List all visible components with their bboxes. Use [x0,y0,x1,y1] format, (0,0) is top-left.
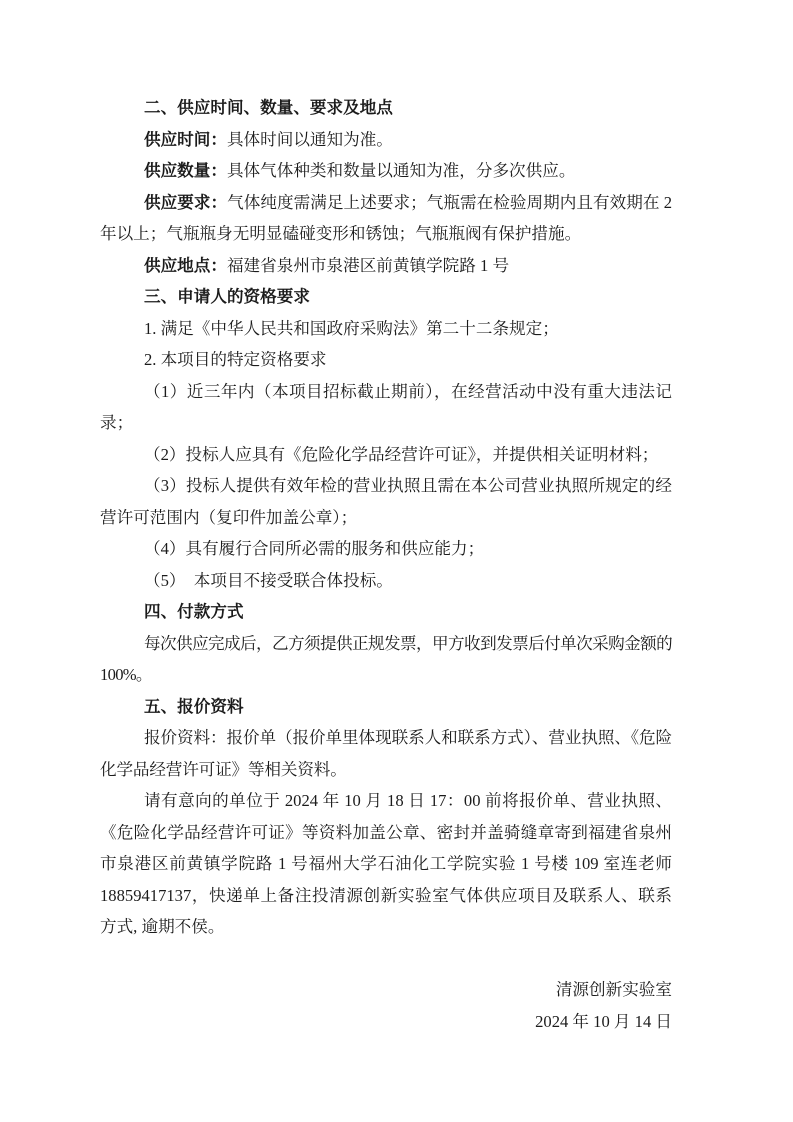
paragraph-payment-terms: 每次供应完成后，乙方须提供正规发票，甲方收到发票后付单次采购金额的 100%。 [100,628,672,691]
heading-qualification-section: 三、申请人的资格要求 [100,281,672,313]
qualification-subitem-4: （4）具有履行合同所必需的服务和供应能力； [100,533,672,565]
supply-quantity-text: 具体气体种类和数量以通知为准，分多次供应。 [227,161,575,180]
qualification-subitem-5: （5） 本项目不接受联合体投标。 [100,565,672,597]
supply-time-label: 供应时间： [144,130,227,149]
document-body: 二、供应时间、数量、要求及地点 供应时间：具体时间以通知为准。 供应数量：具体气… [0,0,793,1037]
qualification-subitem-3: （3）投标人提供有效年检的营业执照且需在本公司营业执照所规定的经营许可范围内（复… [100,470,672,533]
paragraph-supply-time: 供应时间：具体时间以通知为准。 [100,124,672,156]
paragraph-supply-location: 供应地点：福建省泉州市泉港区前黄镇学院路 1 号 [100,250,672,282]
supply-time-text: 具体时间以通知为准。 [227,130,393,149]
qualification-subitem-2: （2）投标人应具有《危险化学品经营许可证》，并提供相关证明材料； [100,439,672,471]
supply-location-text: 福建省泉州市泉港区前黄镇学院路 1 号 [227,256,509,275]
blank-line [100,943,672,975]
supply-quantity-label: 供应数量： [144,161,227,180]
signature-date: 2024 年 10 月 14 日 [100,1006,672,1038]
heading-quotation-section: 五、报价资料 [100,691,672,723]
supply-location-label: 供应地点： [144,256,227,275]
heading-supply-section: 二、供应时间、数量、要求及地点 [100,92,672,124]
document-page: 二、供应时间、数量、要求及地点 供应时间：具体时间以通知为准。 供应数量：具体气… [0,0,793,1122]
paragraph-submission-instructions: 请有意向的单位于 2024 年 10 月 18 日 17：00 前将报价单、营业… [100,785,672,943]
qualification-subitem-1: （1）近三年内（本项目招标截止期前），在经营活动中没有重大违法记录； [100,376,672,439]
paragraph-quotation-materials: 报价资料：报价单（报价单里体现联系人和联系方式）、营业执照、《危险化学品经营许可… [100,722,672,785]
supply-requirements-label: 供应要求： [144,193,227,212]
paragraph-supply-quantity: 供应数量：具体气体种类和数量以通知为准，分多次供应。 [100,155,672,187]
qualification-item-1: 1. 满足《中华人民共和国政府采购法》第二十二条规定； [100,313,672,345]
qualification-item-2: 2. 本项目的特定资格要求 [100,344,672,376]
heading-payment-section: 四、付款方式 [100,596,672,628]
paragraph-supply-requirements: 供应要求：气体纯度需满足上述要求；气瓶需在检验周期内且有效期在 2 年以上；气瓶… [100,187,672,250]
signature-organization: 清源创新实验室 [100,974,672,1006]
